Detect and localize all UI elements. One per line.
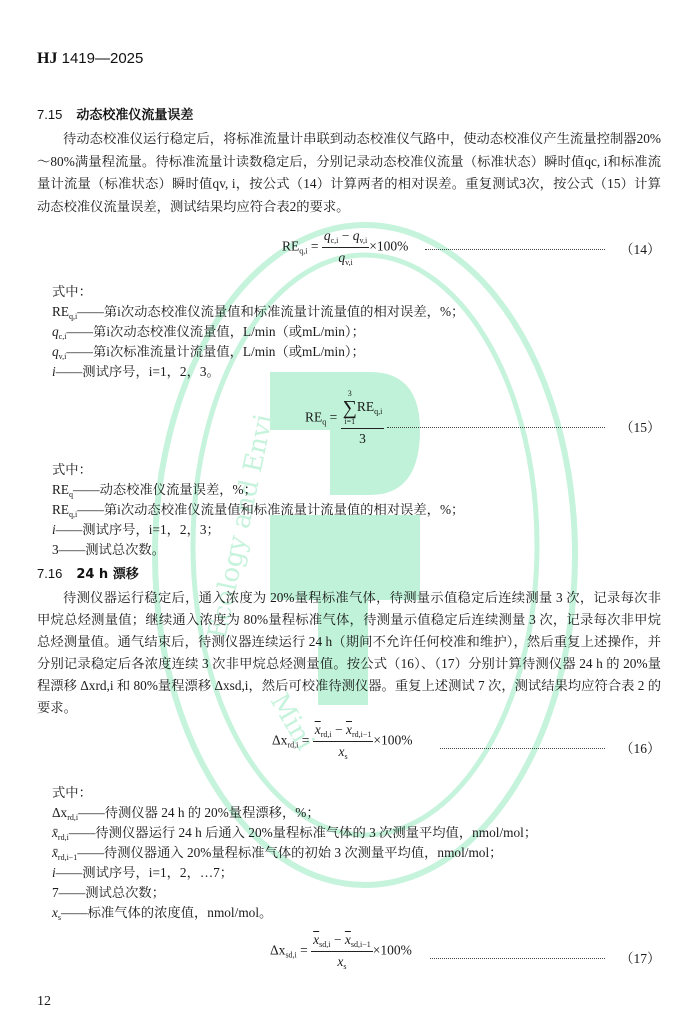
fraction: 3∑i=1REq,i 3 <box>341 390 385 447</box>
section-title: 动态校准仪流量误差 <box>76 108 193 123</box>
num-b: q <box>353 228 360 243</box>
fraction: xrd,i − xrd,i−1 xs <box>313 722 374 761</box>
eq-lhs-sub: rd,i <box>287 741 298 750</box>
eq-lhs: RE <box>305 410 322 425</box>
where-label: 式中： <box>52 282 92 302</box>
definition-line: 7——测试总次数； <box>52 883 165 903</box>
section-heading-7-16: 7.1624 h 漂移 <box>37 563 139 582</box>
equation-number-15: （15） <box>620 416 661 436</box>
leader-dots <box>387 427 605 428</box>
header-code: 1419—2025 <box>57 50 143 67</box>
eq-lhs: Δx <box>270 943 285 958</box>
document-header: HJ 1419—2025 <box>37 50 143 68</box>
minus: − <box>338 228 352 243</box>
eq-tail: ×100% <box>373 943 412 958</box>
header-prefix: HJ <box>37 50 57 67</box>
equation-number-14: （14） <box>620 238 661 258</box>
where-label: 式中： <box>52 783 92 803</box>
equation-17: Δxsd,i = xsd,i − xsd,i−1 xs ×100% <box>270 932 412 971</box>
eq-lhs-sub: q <box>322 418 326 427</box>
page-number: 12 <box>37 994 51 1010</box>
num-b-sub: v,i <box>360 236 368 245</box>
den: 3 <box>341 429 385 447</box>
fraction: qc,i − qv,i qv,i <box>322 228 369 267</box>
equation-14: REq,i = qc,i − qv,i qv,i ×100% <box>282 228 408 267</box>
eq-tail: ×100% <box>373 733 412 748</box>
equation-15: REq = 3∑i=1REq,i 3 <box>305 390 384 447</box>
num-a: q <box>324 228 331 243</box>
section-7-16-paragraph: 待测仪器运行稳定后，通入浓度为 20%量程标准气体，待测量示值稳定后连续测量 3… <box>37 587 661 719</box>
fraction: xsd,i − xsd,i−1 xs <box>311 932 373 971</box>
definition-line: 3——测试总次数。 <box>52 540 165 560</box>
eq-lhs-sub: q,i <box>299 247 307 256</box>
summation-icon: 3∑i=1 <box>343 390 357 426</box>
definition-line: i——测试序号，i=1，2，…7； <box>52 863 233 883</box>
leader-dots <box>425 249 605 250</box>
equation-16: Δxrd,i = xrd,i − xrd,i−1 xs ×100% <box>272 722 412 761</box>
definition-line: i——测试序号，i=1，2，3； <box>52 520 220 540</box>
eq-lhs-sub: sd,i <box>285 951 296 960</box>
equation-number-17: （17） <box>620 947 661 967</box>
document-page: HJ 1419—2025 7.15动态校准仪流量误差 待动态校准仪运行稳定后，将… <box>0 0 700 1020</box>
den-sub: v,i <box>345 258 353 267</box>
section-number: 7.16 <box>37 566 62 581</box>
eq-lhs: RE <box>282 239 299 254</box>
definition-line: i——测试序号，i=1，2，3。 <box>52 362 220 382</box>
eq-lhs: Δx <box>272 733 287 748</box>
section-number: 7.15 <box>37 107 62 122</box>
where-label: 式中： <box>52 460 92 480</box>
leader-dots <box>440 748 605 749</box>
section-title: 24 h 漂移 <box>76 567 138 582</box>
leader-dots <box>430 958 605 959</box>
eq-tail: ×100% <box>369 239 408 254</box>
section-7-15-paragraph: 待动态校准仪运行稳定后，将标准流量计串联到动态校准仪气路中，使动态校准仪产生流量… <box>37 128 661 218</box>
section-heading-7-15: 7.15动态校准仪流量误差 <box>37 104 193 123</box>
equation-number-16: （16） <box>620 737 661 757</box>
definition-line: xs——标准气体的浓度值，nmol/mol。 <box>52 903 272 928</box>
